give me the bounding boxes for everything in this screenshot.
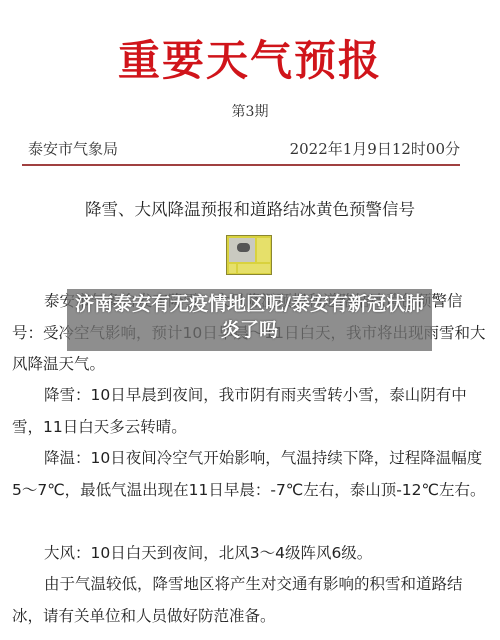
car-icon [237, 243, 250, 252]
signal-text-block [257, 238, 270, 262]
signal-level-block [229, 264, 236, 273]
issue-number: 第3期 [0, 101, 500, 121]
paragraph-wind: 大风：10日白天到夜间，北风3～4级阵风6级。 [12, 538, 490, 570]
document-title: 重要天气预报 [0, 28, 500, 88]
paragraph-advice: 由于气温较低，降雪地区将产生对交通有影响的积雪和道路结冰，请有关单位和人员做好防… [12, 569, 490, 632]
header-divider [22, 164, 460, 166]
signal-label-block [238, 264, 270, 273]
headline-overlay-text: 济南泰安有无疫情地区呢/泰安有新冠状肺炎了吗 [67, 291, 432, 343]
paragraph-snow: 降雪：10日早晨到夜间，我市阴有雨夹雪转小雪，泰山阴有中雪，11日白天多云转晴。 [12, 380, 490, 443]
meta-row: 泰安市气象局 2022年1月9日12时00分 [28, 138, 460, 159]
warning-subtitle: 降雪、大风降温预报和道路结冰黄色预警信号 [0, 196, 500, 220]
agency-name: 泰安市气象局 [28, 138, 118, 159]
paragraph-temperature: 降温：10日夜间冷空气开始影响，气温持续下降，过程降温幅度5～7℃，最低气温出现… [12, 443, 490, 506]
road-icing-yellow-warning-icon [226, 235, 272, 275]
signal-picture [229, 238, 255, 262]
issue-datetime: 2022年1月9日12时00分 [290, 138, 460, 159]
